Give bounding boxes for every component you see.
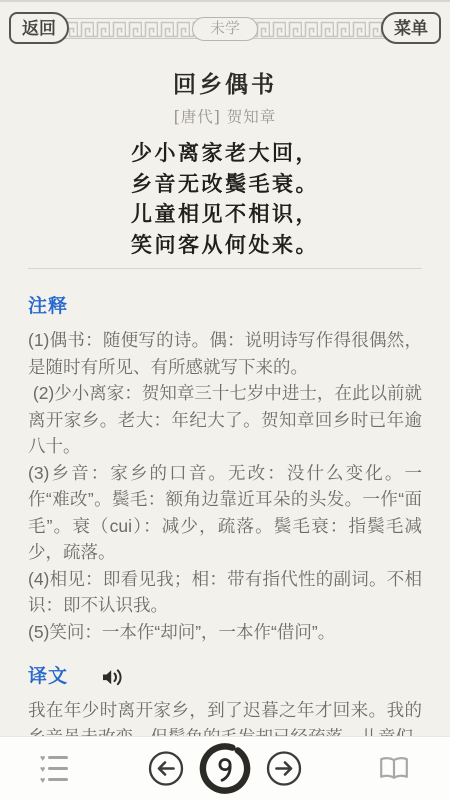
poem-author: [唐代] 贺知章 bbox=[28, 106, 422, 128]
poem-line: 笑问客从何处来。 bbox=[28, 230, 422, 261]
poem-reader-screen: 返回 未学 菜单 回乡偶书 [唐代] 贺知章 少小离家老大回， 乡音无改鬓毛衰。… bbox=[0, 0, 450, 800]
bottom-toolbar: ♥ ♥ ♥ bbox=[0, 736, 450, 800]
next-arrow-icon bbox=[266, 750, 303, 787]
book-icon bbox=[378, 755, 410, 782]
note-item: (3)乡音：家乡的口音。无改：没什么变化。一作“难改”。鬓毛：额角边靠近耳朵的头… bbox=[28, 460, 422, 566]
poem-title: 回乡偶书 bbox=[28, 70, 422, 100]
divider bbox=[28, 268, 422, 269]
poem-content: 回乡偶书 [唐代] 贺知章 少小离家老大回， 乡音无改鬓毛衰。 儿童相见不相识，… bbox=[0, 48, 450, 800]
poem-line: 少小离家老大回， bbox=[28, 138, 422, 169]
note-item: (2)少小离家：贺知章三十七岁中进士，在此以前就离开家乡。老大：年纪大了。贺知章… bbox=[28, 380, 422, 460]
back-button[interactable]: 返回 bbox=[9, 12, 69, 44]
bookshelf-button[interactable] bbox=[378, 755, 410, 782]
recite-button[interactable] bbox=[198, 741, 253, 796]
note-item: (4)相见：即看见我；相：带有指代性的副词。不相识：即不认识我。 bbox=[28, 566, 422, 619]
notes-heading: 注释 bbox=[28, 295, 422, 319]
speaker-icon-svg bbox=[100, 666, 125, 689]
poem-line: 乡音无改鬓毛衰。 bbox=[28, 169, 422, 200]
translation-heading-row: 译文 bbox=[28, 665, 422, 689]
speaker-icon[interactable] bbox=[100, 666, 125, 689]
catalog-button[interactable]: ♥ ♥ ♥ bbox=[40, 755, 68, 783]
poem-line: 儿童相见不相识， bbox=[28, 199, 422, 230]
menu-button[interactable]: 菜单 bbox=[381, 12, 441, 44]
notes-section: 注释 (1)偶书：随便写的诗。偶：说明诗写作得很偶然，是随时有所见、有所感就写下… bbox=[28, 295, 422, 645]
next-poem-button[interactable] bbox=[266, 750, 303, 787]
note-item: (1)偶书：随便写的诗。偶：说明诗写作得很偶然，是随时有所见、有所感就写下来的。 bbox=[28, 327, 422, 380]
poem-body: 少小离家老大回， 乡音无改鬓毛衰。 儿童相见不相识， 笑问客从何处来。 bbox=[28, 138, 422, 260]
prev-arrow-icon bbox=[148, 750, 185, 787]
recite-icon bbox=[198, 741, 253, 796]
toolbar-center-group bbox=[148, 741, 303, 796]
translation-heading: 译文 bbox=[28, 665, 68, 689]
top-bar: 返回 未学 菜单 bbox=[0, 12, 450, 48]
study-status-badge[interactable]: 未学 bbox=[192, 17, 258, 41]
prev-poem-button[interactable] bbox=[148, 750, 185, 787]
note-item: (5)笑问：一本作“却问”，一本作“借问”。 bbox=[28, 619, 422, 646]
list-icon: ♥ ♥ ♥ bbox=[40, 755, 68, 783]
